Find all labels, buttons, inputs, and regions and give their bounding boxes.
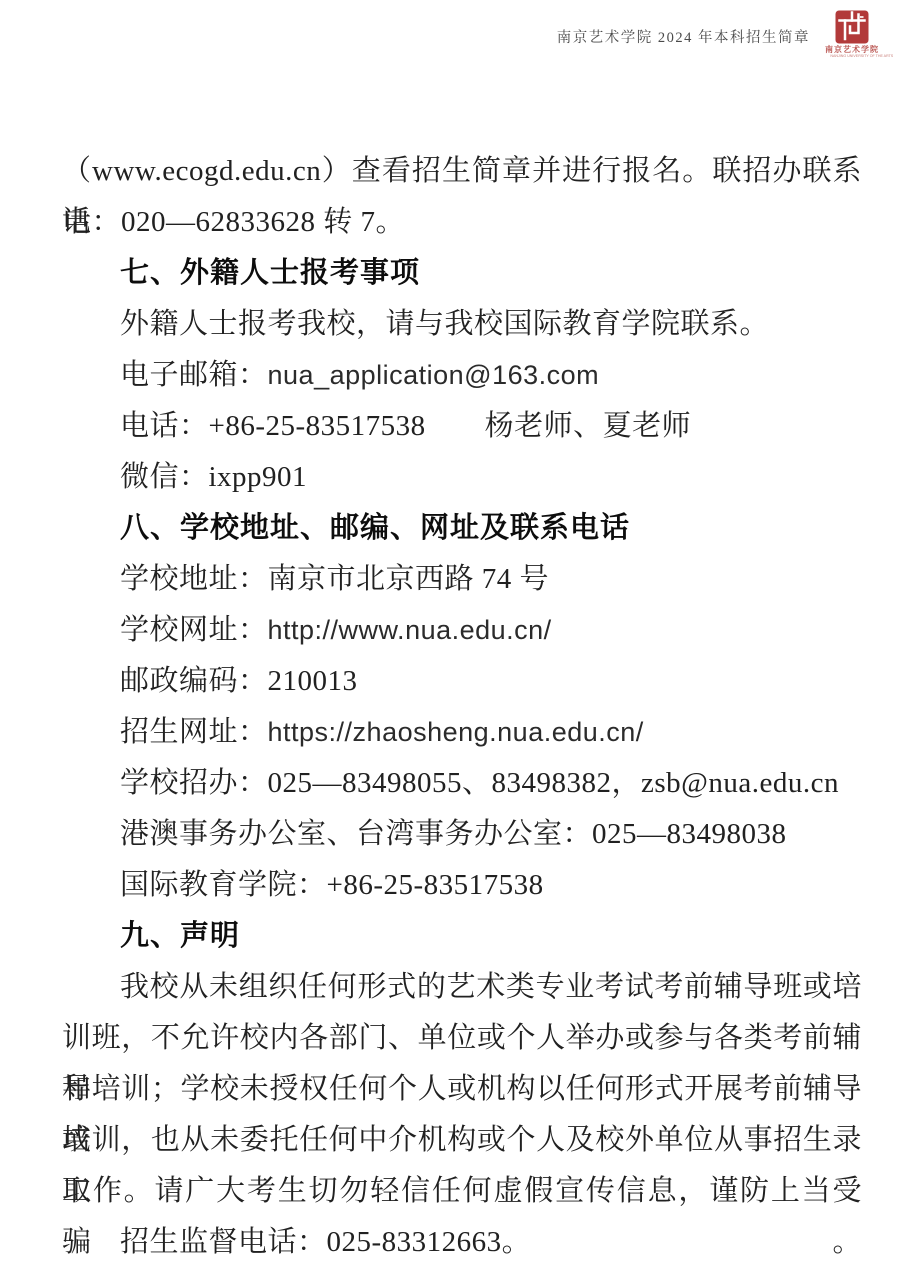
text-segment: 外籍人士报考我校，请与我校国际教育学院联系。 [120, 308, 769, 340]
text-line: 微信：ixpp901 [62, 452, 862, 503]
text-segment: 港澳事务办公室、台湾事务办公室：025—83498038 [120, 818, 787, 850]
text-line: 招生网址：https://zhaosheng.nua.edu.cn/ [62, 707, 862, 758]
url-text: nua_application@163.com [268, 360, 600, 390]
section-heading: 八、学校地址、邮编、网址及联系电话 [62, 503, 862, 554]
logo-caption-en: NANJING UNIVERSITY OF THE ARTS [830, 55, 873, 59]
text-line: 外籍人士报考我校，请与我校国际教育学院联系。 [62, 299, 862, 350]
url-text: http://www.nua.edu.cn/ [268, 615, 552, 645]
section-heading: 九、声明 [62, 911, 862, 962]
text-line: 训班，不允许校内各部门、单位或个人举办或参与各类考前辅导 [62, 1013, 862, 1064]
text-segment: 九、声明 [120, 920, 240, 952]
text-segment: 学校地址：南京市北京西路 74 号 [120, 563, 549, 595]
text-segment: 邮政编码：210013 [120, 665, 358, 697]
url-text: https://zhaosheng.nua.edu.cn/ [268, 717, 644, 747]
text-segment: 招生网址： [120, 716, 268, 748]
document-page: 南京艺术学院 2024 年本科招生简章 南京艺术学院 NANJING UNIVE… [0, 0, 924, 1271]
section-heading: 七、外籍人士报考事项 [62, 248, 862, 299]
text-line: 邮政编码：210013 [62, 656, 862, 707]
text-line: 港澳事务办公室、台湾事务办公室：025—83498038 [62, 809, 862, 860]
text-line: （www.ecogd.edu.cn）查看招生简章并进行报名。联招办联系电 [62, 146, 862, 197]
text-segment: 我校从未组织任何形式的艺术类专业考试考前辅导班或培 [120, 971, 862, 1003]
text-line: 电子邮箱：nua_application@163.com [62, 350, 862, 401]
text-line: 学校招办：025—83498055、83498382，zsb@nua.edu.c… [62, 758, 862, 809]
text-segment: 招生监督电话：025-83312663。 [120, 1226, 531, 1258]
text-segment: 八、学校地址、邮编、网址及联系电话 [120, 512, 630, 544]
text-line: 电话：+86-25-83517538 杨老师、夏老师 [62, 401, 862, 452]
text-segment: 微信：ixpp901 [120, 461, 307, 493]
text-line: 和培训；学校未授权任何个人或机构以任何形式开展考前辅导或 [62, 1064, 862, 1115]
text-line: 话：020—62833628 转 7。 [62, 197, 862, 248]
text-segment: 电话：+86-25-83517538 杨老师、夏老师 [120, 410, 691, 442]
logo-caption-cn: 南京艺术学院 [822, 46, 882, 54]
university-seal-logo: 南京艺术学院 NANJING UNIVERSITY OF THE ARTS [822, 10, 882, 60]
text-segment: 电子邮箱： [120, 359, 268, 391]
text-line: 学校网址：http://www.nua.edu.cn/ [62, 605, 862, 656]
text-segment: 国际教育学院：+86-25-83517538 [120, 869, 544, 901]
text-segment: 学校网址： [120, 614, 268, 646]
text-segment: 学校招办：025—83498055、83498382，zsb@nua.edu.c… [120, 767, 839, 799]
document-body: （www.ecogd.edu.cn）查看招生简章并进行报名。联招办联系电话：02… [62, 146, 862, 1268]
text-segment: 话：020—62833628 转 7。 [62, 206, 405, 238]
running-header-title: 南京艺术学院 2024 年本科招生简章 [557, 26, 810, 47]
seal-icon [835, 10, 869, 44]
text-line: 工作。请广大考生切勿轻信任何虚假宣传信息，谨防上当受骗。 [62, 1166, 862, 1217]
text-line: 学校地址：南京市北京西路 74 号 [62, 554, 862, 605]
text-line: 我校从未组织任何形式的艺术类专业考试考前辅导班或培 [62, 962, 862, 1013]
text-line: 培训，也从未委托任何中介机构或个人及校外单位从事招生录取 [62, 1115, 862, 1166]
page-header: 南京艺术学院 2024 年本科招生简章 南京艺术学院 NANJING UNIVE… [0, 0, 924, 90]
text-segment: 七、外籍人士报考事项 [120, 257, 420, 289]
text-line: 国际教育学院：+86-25-83517538 [62, 860, 862, 911]
